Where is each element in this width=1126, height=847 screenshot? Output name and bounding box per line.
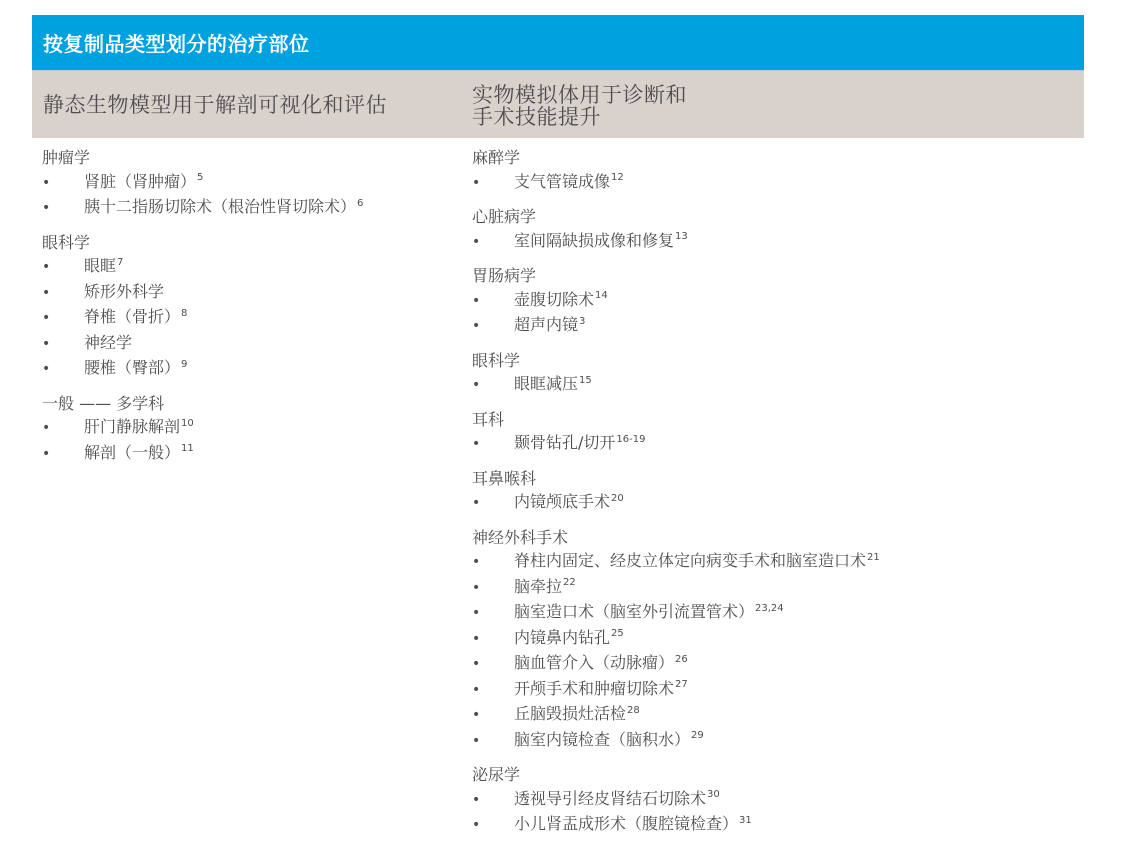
procedure-text: 内镜颅底手术 xyxy=(514,492,610,511)
list-item: •脑血管介入（动脉瘤）26 xyxy=(472,651,1072,677)
reference-number: 8 xyxy=(181,308,187,319)
procedure-text: 脑室造口术（脑室外引流置管术） xyxy=(514,602,754,621)
reference-number: 10 xyxy=(181,418,194,429)
specialty-group: 眼科学•眼眶减压15 xyxy=(472,349,1072,398)
specialty-title: 耳鼻喉科 xyxy=(472,467,1072,491)
specialty-group: 泌尿学•透视导引经皮肾结石切除术30•小儿肾盂成形术（腹腔镜检查）31 xyxy=(472,763,1072,838)
procedure-label: 内镜鼻内钻孔25 xyxy=(514,626,624,650)
bullet-icon: • xyxy=(42,333,84,357)
list-item: •内镜颅底手术20 xyxy=(472,490,1072,516)
procedure-label: 脊椎（骨折）8 xyxy=(84,305,187,329)
column-heading-bar: 静态生物模型用于解剖可视化和评估 实物模拟体用于诊断和 手术技能提升 xyxy=(32,70,1084,138)
bullet-icon: • xyxy=(472,577,514,601)
bullet-icon: • xyxy=(42,282,84,306)
bullet-icon: • xyxy=(472,730,514,754)
list-item: •脊椎（骨折）8 xyxy=(42,305,452,331)
specialty-title: 神经外科手术 xyxy=(472,526,1072,550)
procedure-text: 脊椎（骨折） xyxy=(84,307,180,326)
specialty-group: 肿瘤学•肾脏（肾肿瘤）5•胰十二指肠切除术（根治性肾切除术）6 xyxy=(42,146,452,221)
specialty-group: 耳鼻喉科•内镜颅底手术20 xyxy=(472,467,1072,516)
specialty-group: 眼科学•眼眶7•矫形外科学•脊椎（骨折）8•神经学•腰椎（臀部）9 xyxy=(42,231,452,382)
procedure-text: 矫形外科学 xyxy=(84,282,164,301)
list-item: •丘脑毁损灶活检28 xyxy=(472,702,1072,728)
bullet-icon: • xyxy=(472,290,514,314)
bullet-icon: • xyxy=(472,814,514,838)
procedure-text: 眼眶 xyxy=(84,256,116,275)
procedure-label: 矫形外科学 xyxy=(84,280,165,304)
procedure-text: 脑室内镜检查（脑积水） xyxy=(514,730,690,749)
procedure-text: 胰十二指肠切除术（根治性肾切除术） xyxy=(84,197,356,216)
procedure-label: 眼眶减压15 xyxy=(514,372,592,396)
procedure-label: 颞骨钻孔/切开16-19 xyxy=(514,431,645,455)
bullet-icon: • xyxy=(472,653,514,677)
bullet-icon: • xyxy=(42,358,84,382)
list-item: •解剖（一般）11 xyxy=(42,441,452,467)
list-item: •脑室内镜检查（脑积水）29 xyxy=(472,728,1072,754)
bullet-icon: • xyxy=(472,492,514,516)
procedure-label: 透视导引经皮肾结石切除术30 xyxy=(514,787,720,811)
reference-number: 5 xyxy=(197,172,203,183)
procedure-text: 壶腹切除术 xyxy=(514,290,594,309)
bullet-icon: • xyxy=(472,231,514,255)
bullet-icon: • xyxy=(472,704,514,728)
bullet-icon: • xyxy=(472,602,514,626)
specialty-group: 神经外科手术•脊柱内固定、经皮立体定向病变手术和脑室造口术21•脑牵拉22•脑室… xyxy=(472,526,1072,754)
procedure-text: 肾脏（肾肿瘤） xyxy=(84,172,196,191)
list-item: •胰十二指肠切除术（根治性肾切除术）6 xyxy=(42,195,452,221)
list-item: •眼眶7 xyxy=(42,254,452,280)
procedure-text: 丘脑毁损灶活检 xyxy=(514,704,626,723)
reference-number: 31 xyxy=(739,815,752,826)
reference-number: 11 xyxy=(181,443,194,454)
specialty-title: 肿瘤学 xyxy=(42,146,452,170)
specialty-group: 麻醉学•支气管镜成像12 xyxy=(472,146,1072,195)
specialty-title: 胃肠病学 xyxy=(472,264,1072,288)
procedure-text: 肝门静脉解剖 xyxy=(84,417,180,436)
procedure-text: 脑血管介入（动脉瘤） xyxy=(514,653,674,672)
specialty-group: 胃肠病学•壶腹切除术14•超声内镜3 xyxy=(472,264,1072,339)
procedure-text: 内镜鼻内钻孔 xyxy=(514,628,610,647)
bullet-icon: • xyxy=(42,256,84,280)
right-column-heading: 实物模拟体用于诊断和 手术技能提升 xyxy=(472,84,687,128)
procedure-text: 小儿肾盂成形术（腹腔镜检查） xyxy=(514,814,738,833)
list-item: •开颅手术和肿瘤切除术27 xyxy=(472,677,1072,703)
bullet-icon: • xyxy=(472,679,514,703)
specialty-title: 心脏病学 xyxy=(472,205,1072,229)
list-item: •脊柱内固定、经皮立体定向病变手术和脑室造口术21 xyxy=(472,549,1072,575)
list-item: •室间隔缺损成像和修复13 xyxy=(472,229,1072,255)
procedure-text: 神经学 xyxy=(84,333,132,352)
reference-number: 6 xyxy=(357,198,363,209)
procedure-label: 肾脏（肾肿瘤）5 xyxy=(84,170,203,194)
procedure-label: 室间隔缺损成像和修复13 xyxy=(514,229,688,253)
list-item: •肝门静脉解剖10 xyxy=(42,415,452,441)
procedure-label: 脑室内镜检查（脑积水）29 xyxy=(514,728,704,752)
list-item: •内镜鼻内钻孔25 xyxy=(472,626,1072,652)
specialty-title: 泌尿学 xyxy=(472,763,1072,787)
procedure-label: 神经学 xyxy=(84,331,133,355)
specialty-group: 心脏病学•室间隔缺损成像和修复13 xyxy=(472,205,1072,254)
reference-number: 16-19 xyxy=(616,434,645,445)
bullet-icon: • xyxy=(472,551,514,575)
bullet-icon: • xyxy=(472,789,514,813)
procedure-text: 眼眶减压 xyxy=(514,374,578,393)
procedure-label: 壶腹切除术14 xyxy=(514,288,608,312)
reference-number: 12 xyxy=(611,172,624,183)
bullet-icon: • xyxy=(472,433,514,457)
procedure-label: 支气管镜成像12 xyxy=(514,170,624,194)
list-item: •脑牵拉22 xyxy=(472,575,1072,601)
procedure-label: 脊柱内固定、经皮立体定向病变手术和脑室造口术21 xyxy=(514,549,880,573)
reference-number: 27 xyxy=(675,679,688,690)
procedure-label: 脑血管介入（动脉瘤）26 xyxy=(514,651,688,675)
procedure-label: 腰椎（臀部）9 xyxy=(84,356,187,380)
table-title-bar: 按复制品类型划分的治疗部位 xyxy=(32,15,1084,70)
list-item: •腰椎（臀部）9 xyxy=(42,356,452,382)
procedure-text: 支气管镜成像 xyxy=(514,172,610,191)
list-item: •壶腹切除术14 xyxy=(472,288,1072,314)
procedure-text: 超声内镜 xyxy=(514,315,578,334)
list-item: •透视导引经皮肾结石切除术30 xyxy=(472,787,1072,813)
left-column: 肿瘤学•肾脏（肾肿瘤）5•胰十二指肠切除术（根治性肾切除术）6眼科学•眼眶7•矫… xyxy=(42,146,452,476)
bullet-icon: • xyxy=(42,307,84,331)
procedure-label: 眼眶7 xyxy=(84,254,123,278)
procedure-label: 肝门静脉解剖10 xyxy=(84,415,194,439)
reference-number: 15 xyxy=(579,375,592,386)
specialty-title: 眼科学 xyxy=(42,231,452,255)
list-item: •神经学 xyxy=(42,331,452,357)
procedure-label: 内镜颅底手术20 xyxy=(514,490,624,514)
reference-number: 26 xyxy=(675,654,688,665)
reference-number: 29 xyxy=(691,730,704,741)
reference-number: 7 xyxy=(117,257,123,268)
left-column-heading: 静态生物模型用于解剖可视化和评估 xyxy=(43,94,387,116)
specialty-group: 耳科•颞骨钻孔/切开16-19 xyxy=(472,408,1072,457)
reference-number: 25 xyxy=(611,628,624,639)
procedure-text: 腰椎（臀部） xyxy=(84,358,180,377)
bullet-icon: • xyxy=(42,417,84,441)
reference-number: 9 xyxy=(181,359,187,370)
procedure-text: 室间隔缺损成像和修复 xyxy=(514,231,674,250)
procedure-text: 透视导引经皮肾结石切除术 xyxy=(514,789,706,808)
reference-number: 14 xyxy=(595,290,608,301)
reference-number: 23,24 xyxy=(755,603,784,614)
specialty-title: 一般 —— 多学科 xyxy=(42,392,452,416)
table-title: 按复制品类型划分的治疗部位 xyxy=(43,28,310,57)
procedure-text: 开颅手术和肿瘤切除术 xyxy=(514,679,674,698)
list-item: •超声内镜3 xyxy=(472,313,1072,339)
bullet-icon: • xyxy=(472,628,514,652)
procedure-label: 脑室造口术（脑室外引流置管术）23,24 xyxy=(514,600,784,624)
bullet-icon: • xyxy=(42,197,84,221)
specialty-group: 一般 —— 多学科•肝门静脉解剖10•解剖（一般）11 xyxy=(42,392,452,467)
procedure-label: 开颅手术和肿瘤切除术27 xyxy=(514,677,688,701)
list-item: •小儿肾盂成形术（腹腔镜检查）31 xyxy=(472,812,1072,838)
list-item: •脑室造口术（脑室外引流置管术）23,24 xyxy=(472,600,1072,626)
list-item: •眼眶减压15 xyxy=(472,372,1072,398)
reference-number: 20 xyxy=(611,493,624,504)
bullet-icon: • xyxy=(472,172,514,196)
list-item: •肾脏（肾肿瘤）5 xyxy=(42,170,452,196)
bullet-icon: • xyxy=(42,172,84,196)
procedure-label: 小儿肾盂成形术（腹腔镜检查）31 xyxy=(514,812,752,836)
reference-number: 30 xyxy=(707,789,720,800)
specialty-title: 耳科 xyxy=(472,408,1072,432)
reference-number: 3 xyxy=(579,316,585,327)
procedure-text: 颞骨钻孔/切开 xyxy=(514,433,615,452)
bullet-icon: • xyxy=(472,374,514,398)
reference-number: 21 xyxy=(867,552,880,563)
procedure-label: 解剖（一般）11 xyxy=(84,441,194,465)
reference-number: 22 xyxy=(563,577,576,588)
procedure-text: 脑牵拉 xyxy=(514,577,562,596)
list-item: •矫形外科学 xyxy=(42,280,452,306)
procedure-text: 脊柱内固定、经皮立体定向病变手术和脑室造口术 xyxy=(514,551,866,570)
procedure-label: 超声内镜3 xyxy=(514,313,585,337)
right-column: 麻醉学•支气管镜成像12心脏病学•室间隔缺损成像和修复13胃肠病学•壶腹切除术1… xyxy=(472,146,1072,847)
specialty-title: 麻醉学 xyxy=(472,146,1072,170)
procedure-label: 丘脑毁损灶活检28 xyxy=(514,702,640,726)
procedure-label: 胰十二指肠切除术（根治性肾切除术）6 xyxy=(84,195,363,219)
procedure-text: 解剖（一般） xyxy=(84,443,180,462)
reference-number: 28 xyxy=(627,705,640,716)
reference-number: 13 xyxy=(675,231,688,242)
bullet-icon: • xyxy=(42,443,84,467)
specialty-title: 眼科学 xyxy=(472,349,1072,373)
procedure-label: 脑牵拉22 xyxy=(514,575,576,599)
list-item: •支气管镜成像12 xyxy=(472,170,1072,196)
bullet-icon: • xyxy=(472,315,514,339)
list-item: •颞骨钻孔/切开16-19 xyxy=(472,431,1072,457)
